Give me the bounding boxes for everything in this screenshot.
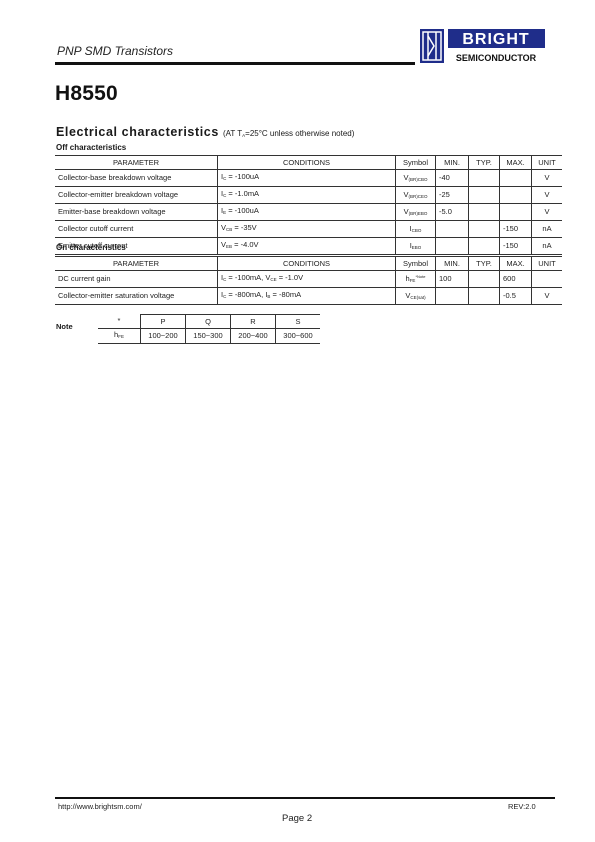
typ-cell xyxy=(469,288,500,305)
footer-divider xyxy=(55,797,555,799)
website-link[interactable]: http://www.brightsm.com/ xyxy=(58,802,142,811)
parameter-cell: Collector cutoff current xyxy=(55,221,218,238)
column-header: CONDITIONS xyxy=(218,257,396,271)
rank-p-range: 100~200 xyxy=(141,329,186,344)
parameter-cell: Emitter-base breakdown voltage xyxy=(55,204,218,221)
column-header: Symbol xyxy=(396,156,436,170)
symbol-cell: VCE(sat) xyxy=(396,288,436,305)
hfe-classification-table: * P Q R S hFE 100~200 150~300 200~400 30… xyxy=(98,314,320,344)
symbol-cell: ICBO xyxy=(396,221,436,238)
rank-q-range: 150~300 xyxy=(186,329,231,344)
unit-cell: V xyxy=(532,288,563,305)
hfe-label: hFE xyxy=(98,329,141,344)
rank-r-range: 200~400 xyxy=(231,329,276,344)
unit-cell xyxy=(532,271,563,288)
min-cell xyxy=(436,221,469,238)
unit-cell: V xyxy=(532,187,563,204)
conditions-cell: IC = -1.0mA xyxy=(218,187,396,204)
unit-cell: V xyxy=(532,204,563,221)
symbol-cell: V(BR)EBO xyxy=(396,204,436,221)
unit-cell: nA xyxy=(532,221,563,238)
conditions-cell: IC = -100mA, VCE = -1.0V xyxy=(218,271,396,288)
typ-cell xyxy=(469,221,500,238)
column-header: MAX. xyxy=(500,257,532,271)
max-cell: -150 xyxy=(500,238,532,255)
note-header-row: * P Q R S xyxy=(98,315,320,329)
conditions-cell: IE = -100uA xyxy=(218,204,396,221)
min-cell xyxy=(436,288,469,305)
column-header: PARAMETER xyxy=(55,156,218,170)
column-header: MIN. xyxy=(436,257,469,271)
off-characteristics-title: Off characteristics xyxy=(56,143,126,152)
column-header: TYP. xyxy=(469,156,500,170)
conditions-cell: VEB = -4.0V xyxy=(218,238,396,255)
table-row: Emitter-base breakdown voltageIE = -100u… xyxy=(55,204,562,221)
parameter-cell: Collector-emitter breakdown voltage xyxy=(55,187,218,204)
document-category: PNP SMD Transistors xyxy=(57,44,173,58)
on-characteristics-table: PARAMETER CONDITIONS Symbol MIN. TYP. MA… xyxy=(55,256,562,305)
max-cell: 600 xyxy=(500,271,532,288)
table-row: Collector-emitter breakdown voltageIC = … xyxy=(55,187,562,204)
symbol-cell: IEBO xyxy=(396,238,436,255)
typ-cell xyxy=(469,238,500,255)
column-header: TYP. xyxy=(469,257,500,271)
column-header: MAX. xyxy=(500,156,532,170)
typ-cell xyxy=(469,271,500,288)
table-header-row: PARAMETER CONDITIONS Symbol MIN. TYP. MA… xyxy=(55,257,562,271)
rank-p: P xyxy=(141,315,186,329)
header-divider xyxy=(55,62,415,65)
typ-cell xyxy=(469,170,500,187)
off-characteristics-table: PARAMETER CONDITIONS Symbol MIN. TYP. MA… xyxy=(55,155,562,255)
max-cell xyxy=(500,187,532,204)
max-cell xyxy=(500,204,532,221)
min-cell: -40 xyxy=(436,170,469,187)
on-characteristics-title: On characteristics xyxy=(56,243,126,252)
min-cell: -25 xyxy=(436,187,469,204)
table-row: DC current gainIC = -100mA, VCE = -1.0Vh… xyxy=(55,271,562,288)
column-header: UNIT xyxy=(532,257,563,271)
min-cell xyxy=(436,238,469,255)
table-header-row: PARAMETER CONDITIONS Symbol MIN. TYP. MA… xyxy=(55,156,562,170)
page-number: Page 2 xyxy=(282,813,312,824)
unit-cell: V xyxy=(532,170,563,187)
column-header: CONDITIONS xyxy=(218,156,396,170)
svg-text:SEMICONDUCTOR: SEMICONDUCTOR xyxy=(456,53,537,63)
table-row: Collector cutoff currentVCB = -35VICBO-1… xyxy=(55,221,562,238)
symbol-cell: V(BR)CBO xyxy=(396,170,436,187)
column-header: Symbol xyxy=(396,257,436,271)
symbol-cell: hFE*Note xyxy=(396,271,436,288)
section-conditions-note: (AT TA=25°C unless otherwise noted) xyxy=(223,129,354,138)
table-row: Emitter cutoff currentVEB = -4.0VIEBO-15… xyxy=(55,238,562,255)
rank-r: R xyxy=(231,315,276,329)
note-label: Note xyxy=(56,322,73,331)
note-asterisk: * xyxy=(98,315,141,329)
revision-label: REV:2.0 xyxy=(508,802,536,811)
conditions-cell: IC = -800mA, IB = -80mA xyxy=(218,288,396,305)
logo-mark-icon: BRIGHT SEMICONDUCTOR xyxy=(420,28,546,66)
parameter-cell: DC current gain xyxy=(55,271,218,288)
max-cell: -150 xyxy=(500,221,532,238)
column-header: PARAMETER xyxy=(55,257,218,271)
max-cell: -0.5 xyxy=(500,288,532,305)
conditions-cell: VCB = -35V xyxy=(218,221,396,238)
section-heading: Electrical characteristics xyxy=(56,125,219,139)
parameter-cell: Collector-emitter saturation voltage xyxy=(55,288,218,305)
typ-cell xyxy=(469,204,500,221)
parameter-cell: Collector-base breakdown voltage xyxy=(55,170,218,187)
column-header: UNIT xyxy=(532,156,563,170)
rank-s: S xyxy=(276,315,321,329)
table-row: Collector-emitter saturation voltageIC =… xyxy=(55,288,562,305)
column-header: MIN. xyxy=(436,156,469,170)
max-cell xyxy=(500,170,532,187)
conditions-cell: IC = -100uA xyxy=(218,170,396,187)
min-cell: -5.0 xyxy=(436,204,469,221)
typ-cell xyxy=(469,187,500,204)
min-cell: 100 xyxy=(436,271,469,288)
rank-q: Q xyxy=(186,315,231,329)
table-row: Collector-base breakdown voltageIC = -10… xyxy=(55,170,562,187)
note-values-row: hFE 100~200 150~300 200~400 300~600 xyxy=(98,329,320,344)
rank-s-range: 300~600 xyxy=(276,329,321,344)
part-number: H8550 xyxy=(55,82,118,106)
unit-cell: nA xyxy=(532,238,563,255)
symbol-cell: V(BR)CEO xyxy=(396,187,436,204)
section-title: Electrical characteristics (AT TA=25°C u… xyxy=(56,125,354,139)
svg-text:BRIGHT: BRIGHT xyxy=(462,31,529,48)
bright-semiconductor-logo: BRIGHT SEMICONDUCTOR xyxy=(420,28,546,66)
